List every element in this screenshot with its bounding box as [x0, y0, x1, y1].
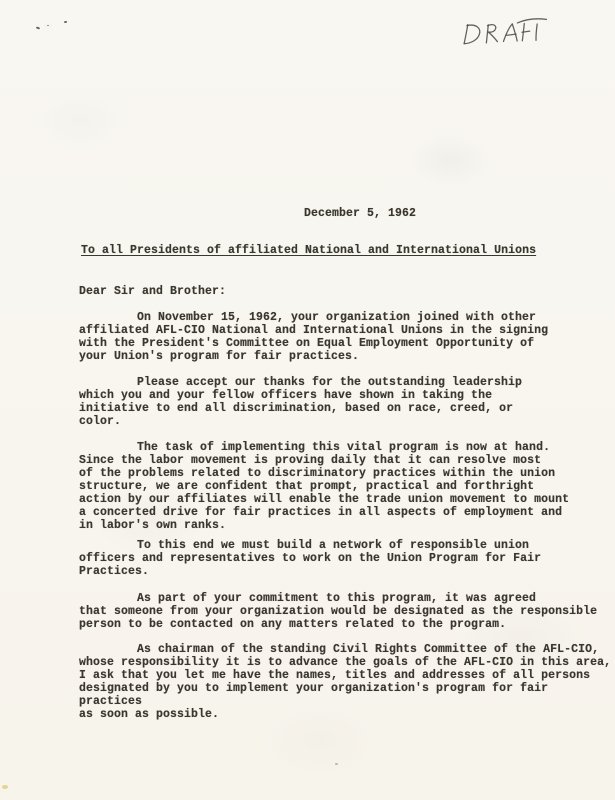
letter-recipient-heading: To all Presidents of affiliated National…	[81, 244, 536, 257]
scan-speck	[64, 21, 67, 23]
letter-paragraph-5: As part of your commitment to this progr…	[79, 592, 613, 631]
scan-speck	[36, 26, 40, 29]
letter-paragraph-1: On November 15, 1962, your organization …	[79, 311, 613, 363]
draft-handwriting-annotation: DRAFT	[455, 14, 552, 49]
letter-paragraph-6: As chairman of the standing Civil Rights…	[79, 643, 613, 721]
letter-paragraph-4: To this end we must build a network of r…	[79, 539, 613, 578]
letter-paragraph-2: Please accept our thanks for the outstan…	[79, 376, 613, 428]
letter-date: December 5, 1962	[304, 207, 416, 220]
scanned-letter-page: DRAFT December 5, 1962 To all Presidents…	[0, 0, 615, 800]
letter-salutation: Dear Sir and Brother:	[79, 285, 226, 298]
scan-speck	[2, 785, 8, 789]
letter-paragraph-3: The task of implementing this vital prog…	[79, 441, 613, 532]
scan-speck	[47, 25, 49, 26]
scan-speck	[335, 763, 338, 765]
draft-annotation-text: DRAFT	[457, 23, 525, 50]
